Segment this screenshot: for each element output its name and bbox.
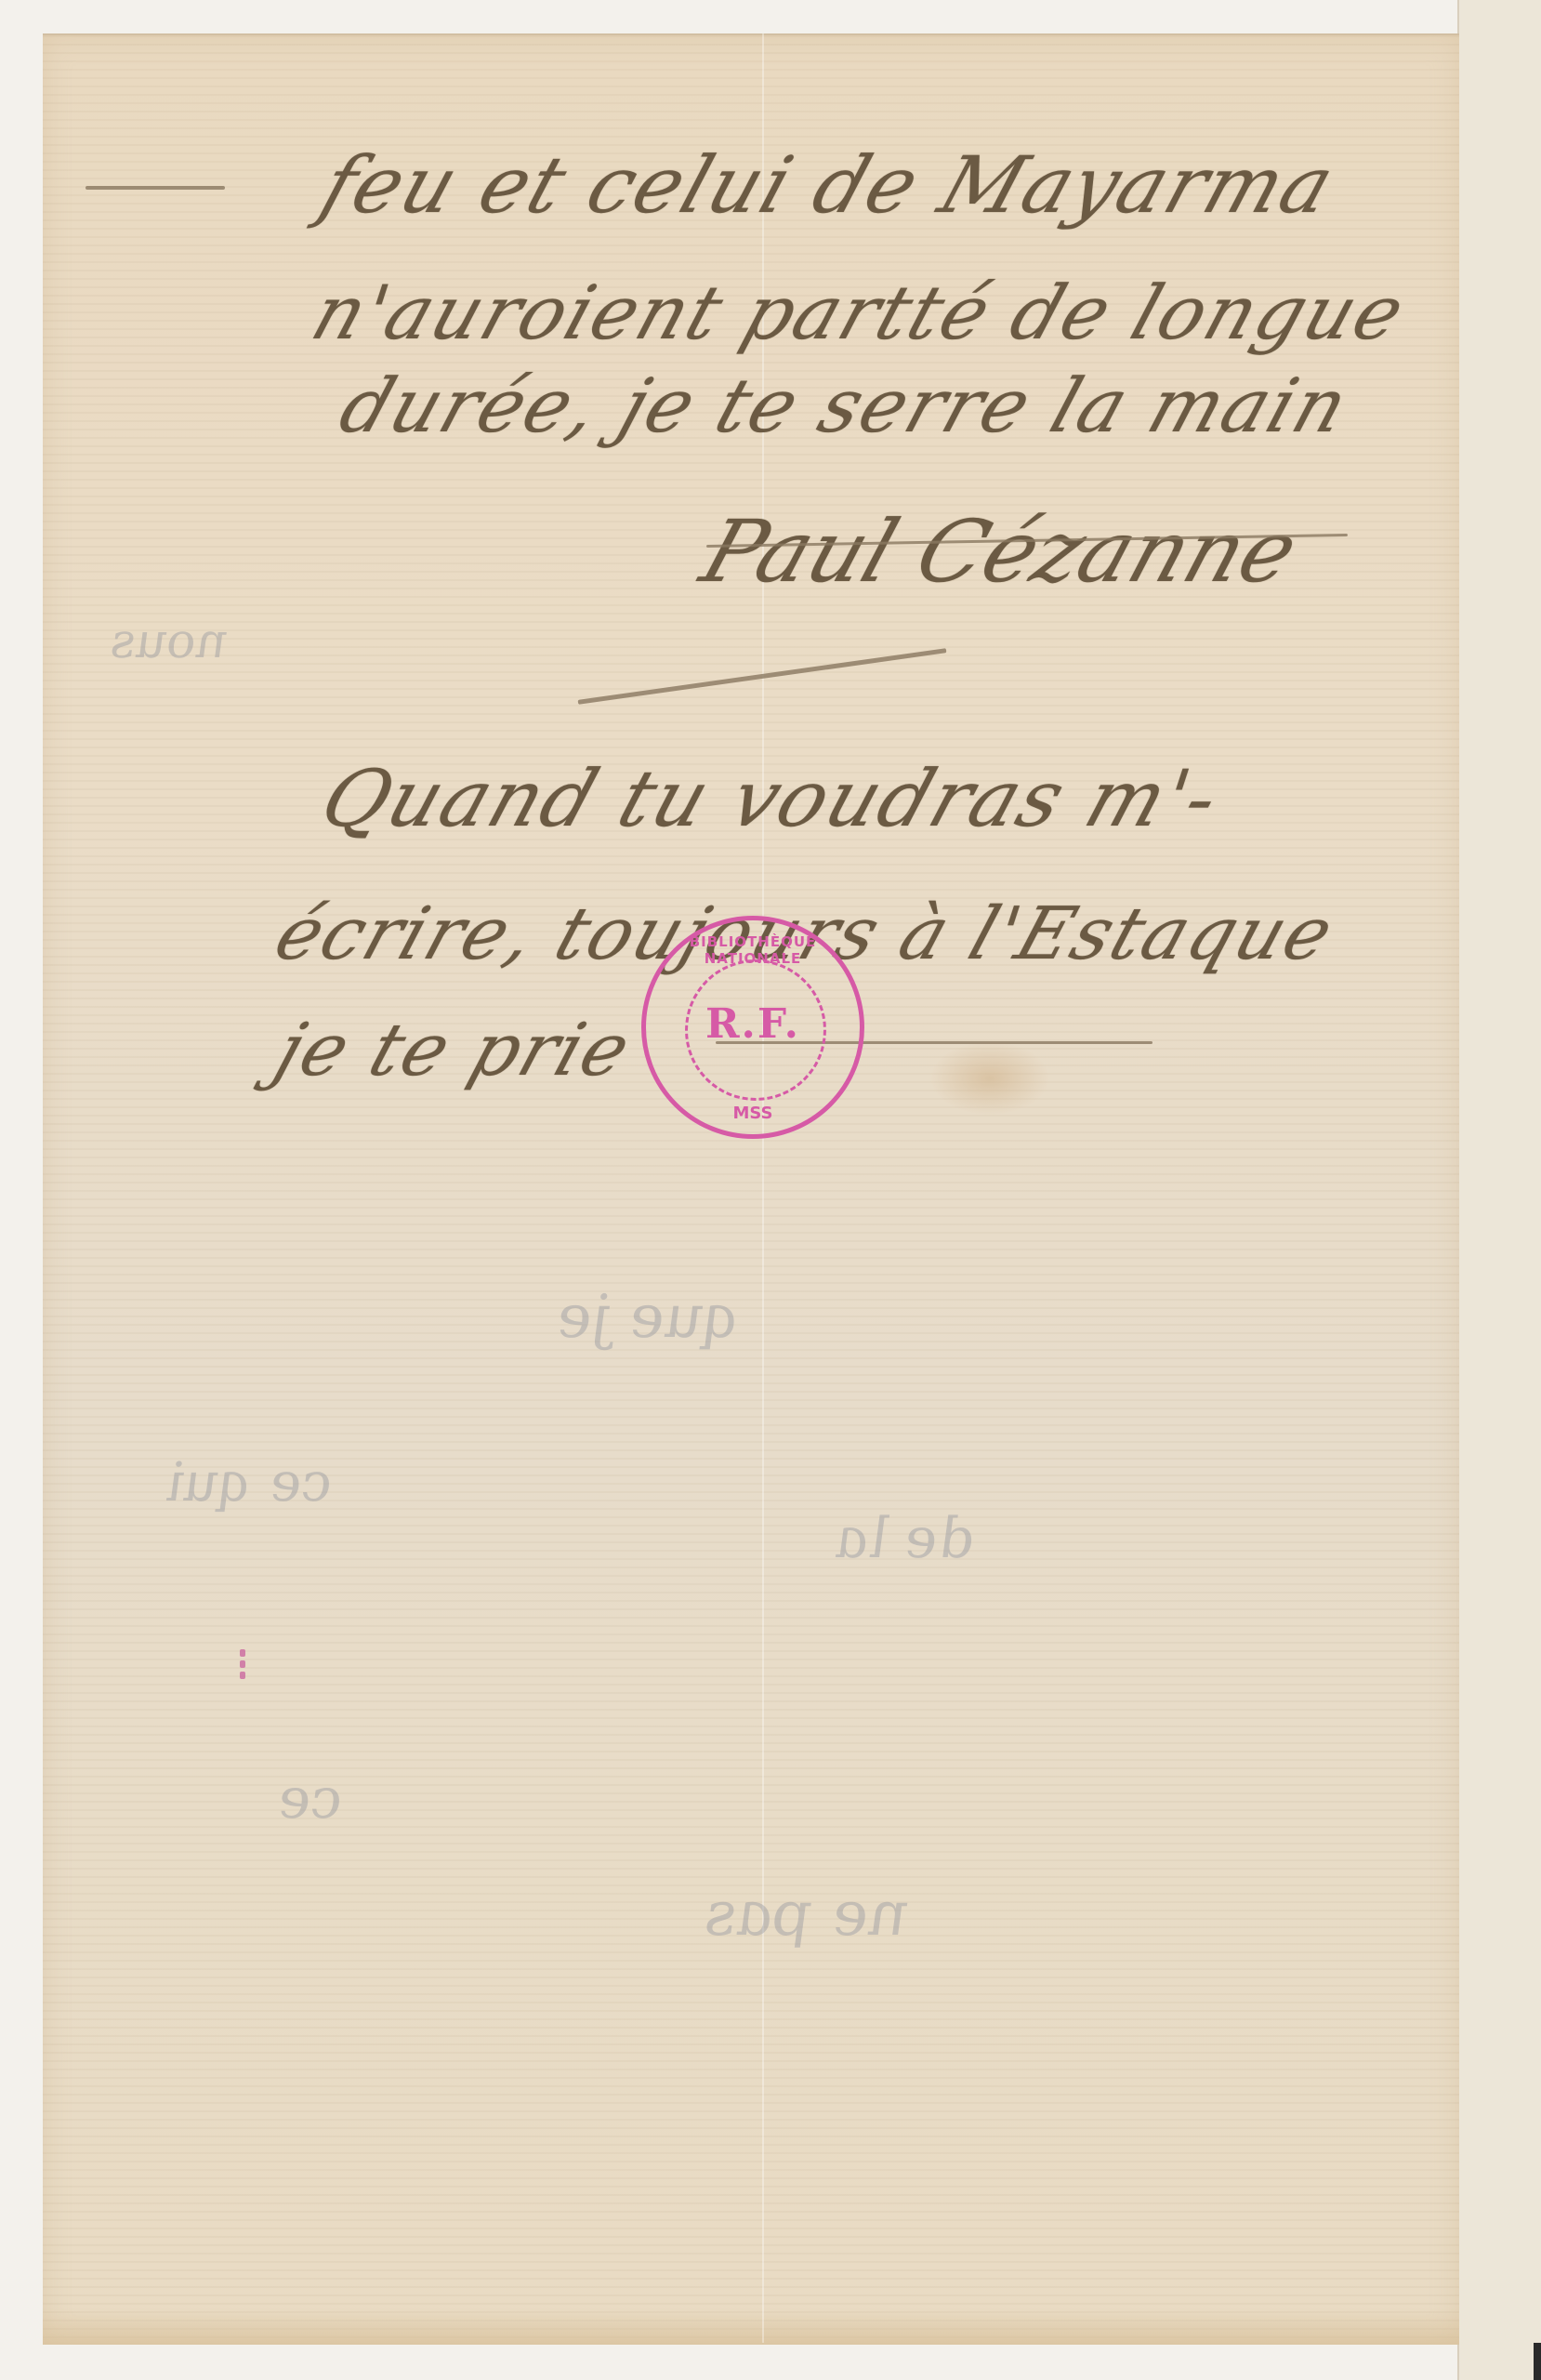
worn-bottom-edge [43,2307,1459,2345]
stamp-center-text: R.F. [646,1000,860,1048]
margin-dash [86,186,225,190]
library-stamp: BIBLIOTHÈQUE NATIONALE R.F. MSS [641,916,864,1139]
bleedthrough-text: nous [102,614,236,669]
postscript-line: je te prie [265,1009,641,1092]
scan-edge [1534,2343,1541,2380]
postscript-line: Quand tu voudras m'- [310,753,1231,844]
bleedthrough-text: ce qui [157,1450,343,1514]
letter-line: durée, je te serre la main [330,363,1360,449]
bleedthrough-text: ne pas [694,1878,920,1950]
signature: Paul Cézanne [691,502,1310,602]
bleedthrough-text: de la [826,1506,985,1571]
letter-line: feu et celui de Mayarma [310,139,1347,231]
paper-stain [929,1041,1050,1116]
bleedthrough-text: que je [547,1283,753,1352]
stamp-bottom-text: MSS [646,1104,860,1123]
mount-backing-board [1457,0,1541,2380]
pink-ink-marks [240,1646,251,1683]
letter-line: n'auroient partté de longue [302,270,1416,356]
